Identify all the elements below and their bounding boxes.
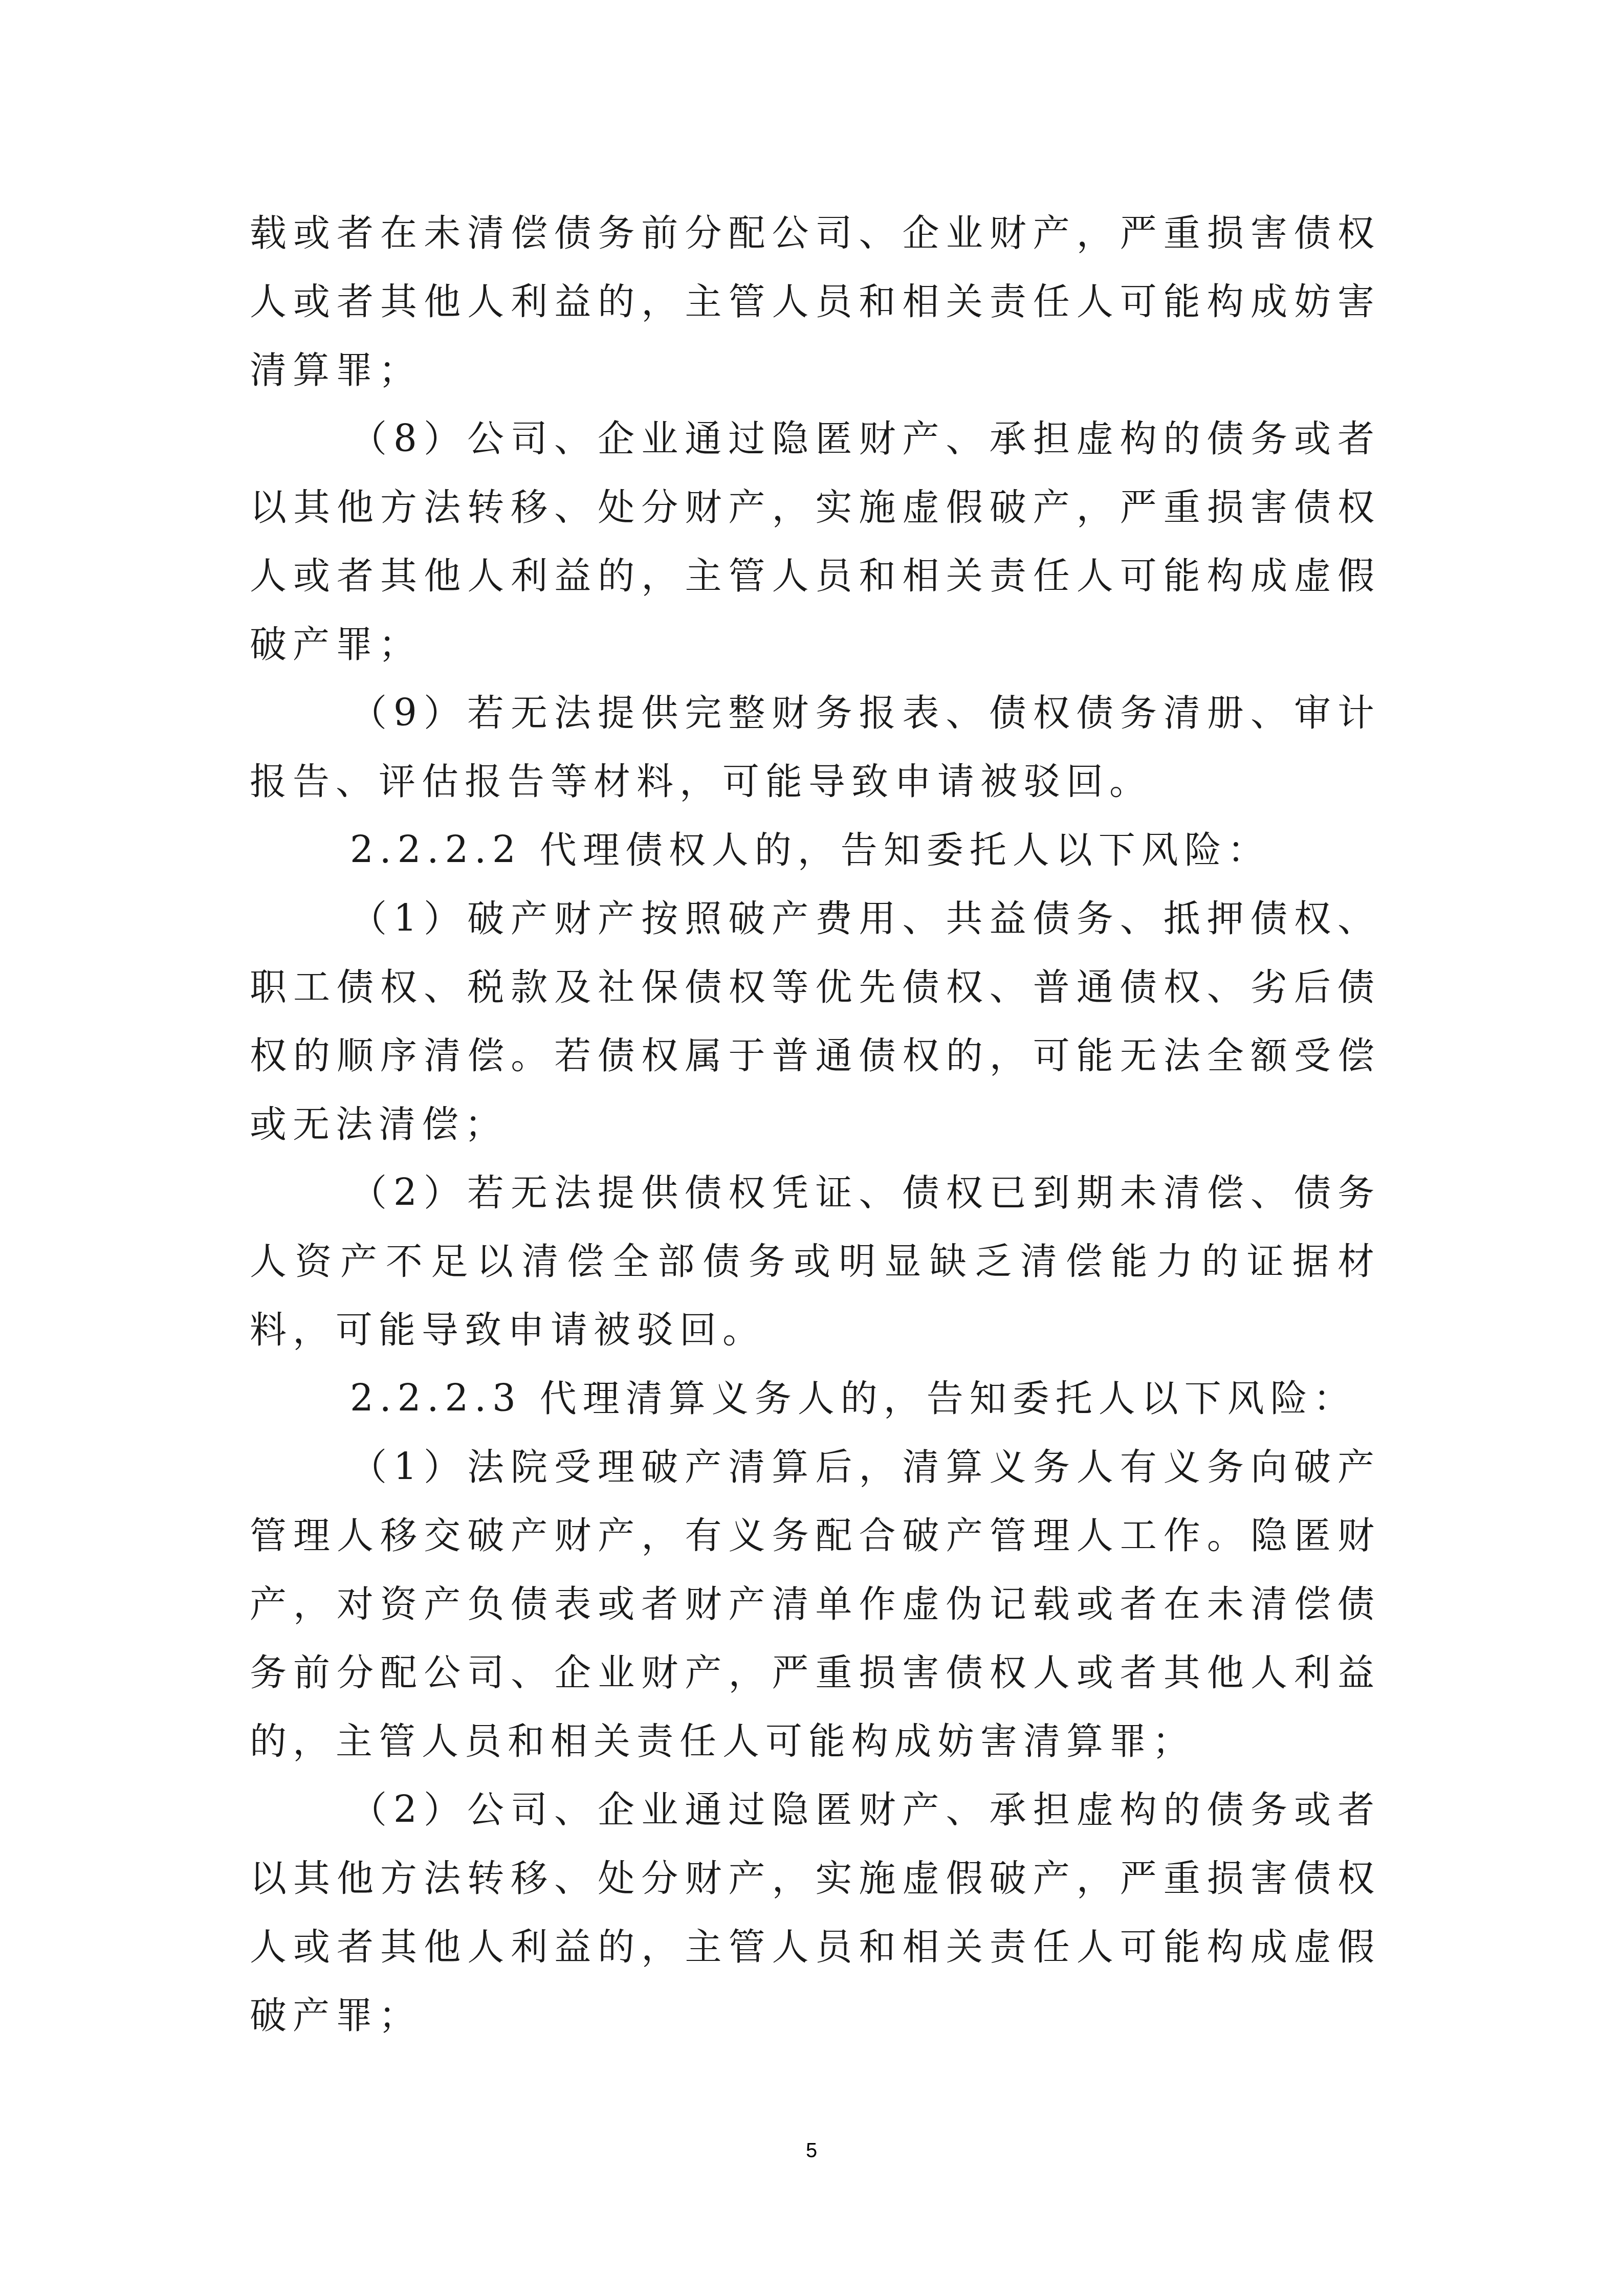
paragraph-liquidator-risk-1: （1）法院受理破产清算后，清算义务人有义务向破产管理人移交破产财产，有义务配合破… xyxy=(250,1432,1380,1775)
document-page: 载或者在未清偿债务前分配公司、企业财产，严重损害债权人或者其他人利益的，主管人员… xyxy=(0,0,1623,2296)
paragraph-creditor-risk-2: （2）若无法提供债权凭证、债权已到期未清偿、债务人资产不足以清偿全部债务或明显缺… xyxy=(250,1158,1380,1364)
page-number: 5 xyxy=(0,2139,1623,2162)
paragraph-continuation: 载或者在未清偿债务前分配公司、企业财产，严重损害债权人或者其他人利益的，主管人员… xyxy=(250,198,1380,404)
paragraph-item-8: （8）公司、企业通过隐匿财产、承担虚构的债务或者以其他方法转移、处分财产，实施虚… xyxy=(250,404,1380,678)
page-body: 载或者在未清偿债务前分配公司、企业财产，严重损害债权人或者其他人利益的，主管人员… xyxy=(250,198,1380,2049)
section-heading-2-2-2-2: 2.2.2.2 代理债权人的，告知委托人以下风险： xyxy=(250,815,1380,884)
paragraph-liquidator-risk-2: （2）公司、企业通过隐匿财产、承担虚构的债务或者以其他方法转移、处分财产，实施虚… xyxy=(250,1775,1380,2049)
paragraph-creditor-risk-1: （1）破产财产按照破产费用、共益债务、抵押债权、职工债权、税款及社保债权等优先债… xyxy=(250,884,1380,1158)
section-heading-2-2-2-3: 2.2.2.3 代理清算义务人的，告知委托人以下风险： xyxy=(250,1364,1380,1432)
paragraph-item-9: （9）若无法提供完整财务报表、债权债务清册、审计报告、评估报告等材料，可能导致申… xyxy=(250,678,1380,815)
